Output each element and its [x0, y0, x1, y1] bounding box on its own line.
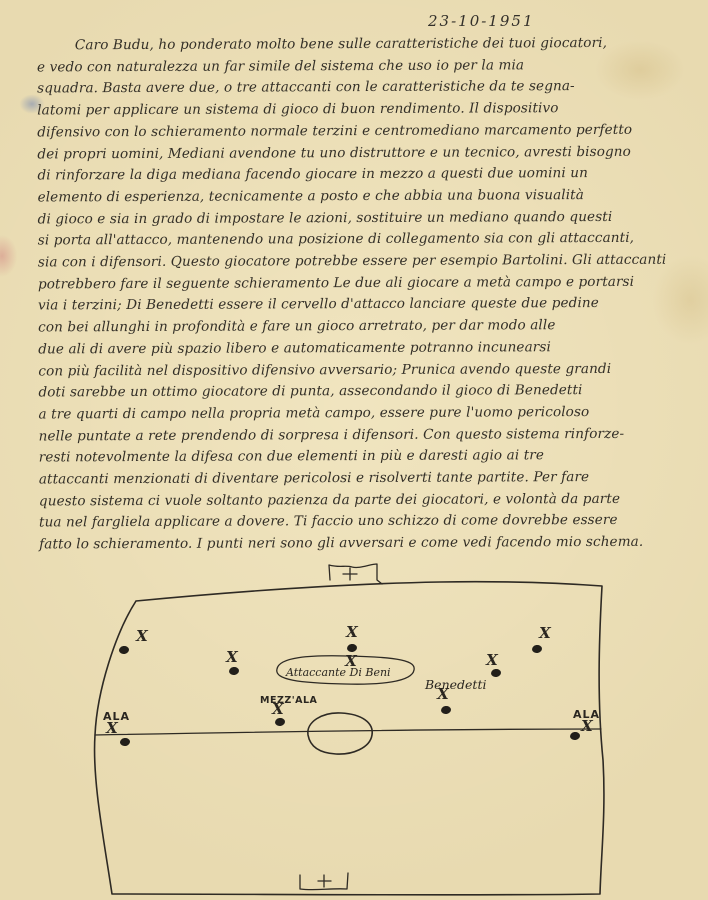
label-left-wing: ALA — [103, 710, 130, 723]
goal-bottom — [300, 873, 348, 890]
centre-circle — [308, 713, 372, 754]
opponent-dot-mark — [228, 666, 239, 675]
player-x-mark: X — [538, 624, 552, 642]
opponent-dot-mark — [490, 668, 501, 677]
halfway-line — [95, 729, 601, 735]
label-right-wing: ALA — [573, 708, 600, 721]
label-circled-attacker: Attaccante Di Beni — [285, 666, 391, 679]
player-x-mark: X — [345, 623, 359, 641]
opponent-dot-mark — [531, 644, 542, 653]
player-x-mark: X — [225, 648, 239, 666]
opponent-dot-mark — [118, 645, 129, 654]
player-x-mark: X — [485, 651, 499, 669]
opponent-dot-mark — [569, 731, 580, 740]
tactics-diagram: XXXXXXXXXX ALA MEZZ'ALA Attaccante Di Be… — [0, 0, 708, 900]
opponent-dot-mark — [440, 705, 451, 714]
goal-top — [329, 564, 382, 584]
player-x-mark: X — [135, 627, 149, 645]
label-inside-right: Benedetti — [424, 677, 486, 692]
opponent-dot-mark — [119, 737, 130, 746]
player-marks: XXXXXXXXXX — [105, 623, 594, 737]
label-inside-left: MEZZ'ALA — [260, 695, 318, 706]
opponent-dot-mark — [274, 717, 285, 726]
